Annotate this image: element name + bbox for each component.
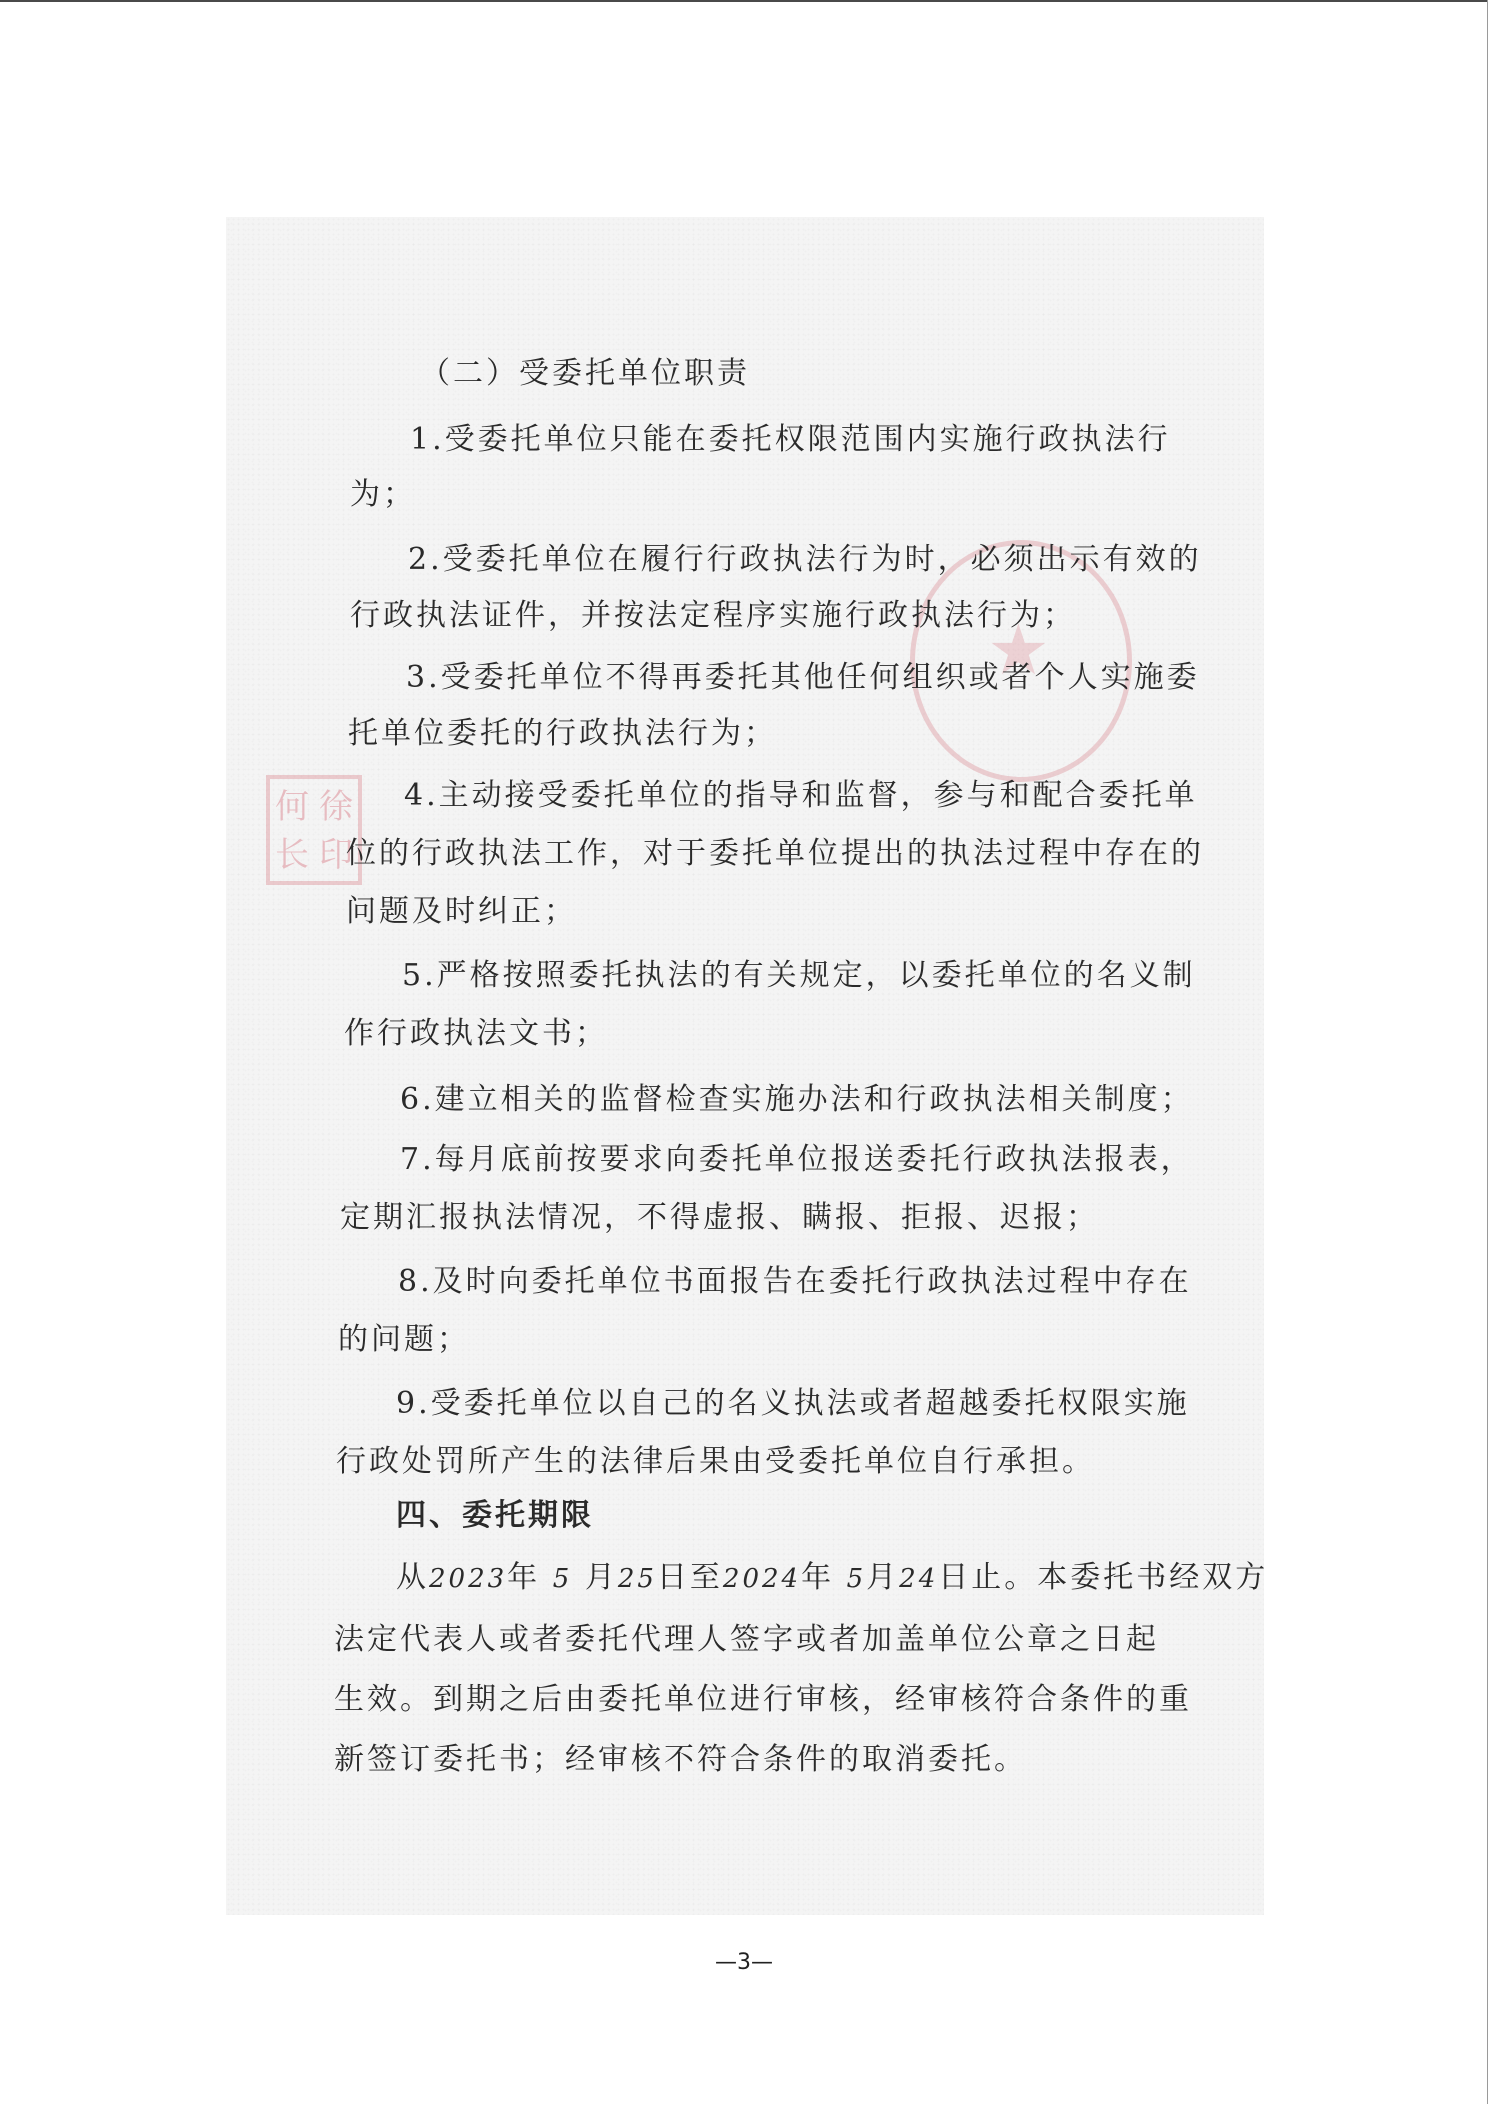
- day-suffix: 日至: [657, 1560, 723, 1595]
- seal-char: 长: [270, 833, 314, 881]
- item-1-line-2: 为；: [350, 475, 416, 515]
- month-suffix: 月: [585, 1560, 618, 1595]
- term-line-1: 从2023年 5 月25日至2024年 5月24日止。本委托书经双方: [396, 1558, 1268, 1599]
- term-line-2: 法定代表人或者委托代理人签字或者加盖单位公章之日起: [334, 1620, 1159, 1660]
- item-4-line-3: 问题及时纠正；: [346, 892, 577, 932]
- item-9-line-1: 9.受委托单位以自己的名义执法或者超越委托权限实施: [396, 1384, 1190, 1424]
- term-prefix: 从: [396, 1560, 429, 1595]
- item-1-line-1: 1.受委托单位只能在委托权限范围内实施行政执法行: [410, 420, 1171, 460]
- seal-char: 徐: [314, 785, 358, 833]
- item-7-line-2: 定期汇报执法情况，不得虚报、瞒报、拒报、迟报；: [340, 1198, 1099, 1238]
- handwritten-end-year: 2024: [723, 1564, 801, 1594]
- handwritten-start-month: 5: [553, 1564, 573, 1594]
- handwritten-end-month: 5: [847, 1564, 867, 1594]
- item-9-line-2: 行政处罚所产生的法律后果由受委托单位自行承担。: [336, 1442, 1095, 1482]
- section-heading-term: 四、委托期限: [396, 1496, 594, 1536]
- item-2-line-1: 2.受委托单位在履行行政执法行为时，必须出示有效的: [408, 540, 1202, 580]
- item-5-line-1: 5.严格按照委托执法的有关规定，以委托单位的名义制: [402, 956, 1196, 996]
- handwritten-start-day: 25: [618, 1564, 657, 1594]
- top-border: [0, 0, 1488, 2]
- handwritten-start-year: 2023: [429, 1564, 507, 1594]
- item-3-line-2: 托单位委托的行政执法行为；: [348, 714, 777, 754]
- subsection-heading: （二）受委托单位职责: [420, 354, 750, 394]
- item-5-line-2: 作行政执法文书；: [344, 1014, 608, 1054]
- item-6-line-1: 6.建立相关的监督检查实施办法和行政执法相关制度；: [400, 1080, 1194, 1120]
- year-suffix: 年: [507, 1560, 540, 1595]
- day-suffix: 日止。本委托书经双方: [938, 1560, 1268, 1595]
- item-2-line-2: 行政执法证件，并按法定程序实施行政执法行为；: [350, 596, 1076, 636]
- term-line-4: 新签订委托书；经审核不符合条件的取消委托。: [334, 1740, 1027, 1780]
- handwritten-end-day: 24: [899, 1564, 938, 1594]
- page-number: —3—: [0, 1950, 1488, 1975]
- year-suffix: 年: [801, 1560, 834, 1595]
- seal-char: 何: [270, 785, 314, 833]
- term-line-3: 生效。到期之后由委托单位进行审核，经审核符合条件的重: [334, 1680, 1192, 1720]
- item-7-line-1: 7.每月底前按要求向委托单位报送委托行政执法报表，: [400, 1140, 1194, 1180]
- item-4-line-2: 位的行政执法工作，对于委托单位提出的执法过程中存在的: [346, 834, 1204, 874]
- item-4-line-1: 4.主动接受委托单位的指导和监督，参与和配合委托单: [404, 776, 1198, 816]
- item-3-line-1: 3.受委托单位不得再委托其他任何组织或者个人实施委: [406, 658, 1200, 698]
- scanned-page: [226, 217, 1264, 1915]
- item-8-line-2: 的问题；: [338, 1320, 470, 1360]
- item-8-line-1: 8.及时向委托单位书面报告在委托行政执法过程中存在: [398, 1262, 1192, 1302]
- month-suffix: 月: [866, 1560, 899, 1595]
